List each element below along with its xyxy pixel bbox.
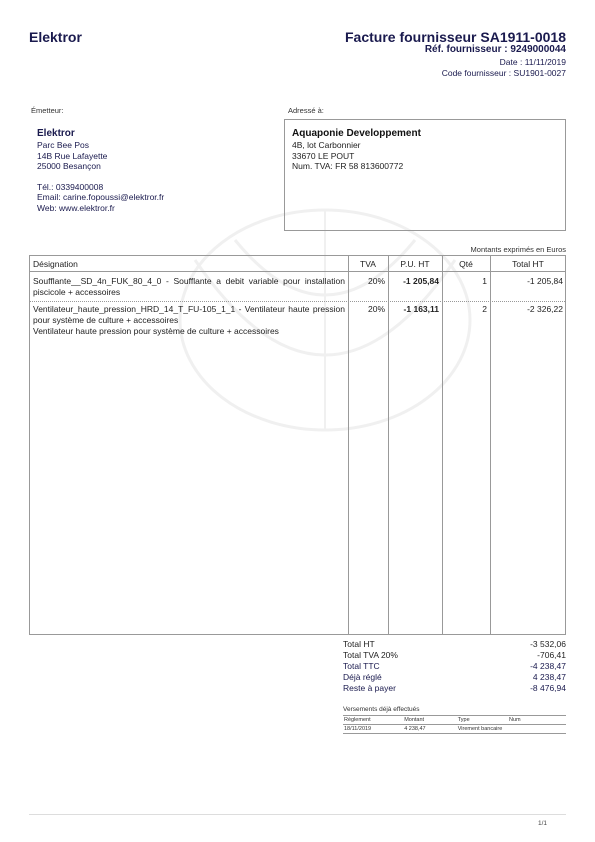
- supplier-ref: Réf. fournisseur : 9249000044: [425, 44, 566, 55]
- total-label: Total TVA 20%: [343, 650, 398, 661]
- sender-address-line: Parc Bee Pos: [37, 140, 273, 151]
- line-designation-text: Ventilateur_haute_pression_HRD_14_T_FU-1…: [33, 304, 345, 326]
- page-number: 1/1: [538, 820, 547, 827]
- total-tva-row: Total TVA 20%-706,41: [343, 650, 566, 661]
- line-tva: 20%: [348, 276, 385, 287]
- sender-web: Web: www.elektror.fr: [37, 203, 273, 214]
- sender-email: Email: carine.fopoussi@elektror.fr: [37, 192, 273, 203]
- payment-type: Virement bancaire: [457, 725, 508, 734]
- total-label: Total TTC: [343, 661, 380, 672]
- table-header: Désignation TVA P.U. HT Qté Total HT: [30, 256, 565, 272]
- recipient-name: Aquaponie Developpement: [292, 128, 558, 140]
- header-tva: TVA: [348, 259, 388, 269]
- remaining-row: Reste à payer-8 476,94: [343, 683, 566, 694]
- recipient-vat: Num. TVA: FR 58 813600772: [292, 161, 558, 172]
- invoice-date: Date : 11/11/2019: [500, 57, 566, 67]
- header-pu-ht: P.U. HT: [388, 259, 442, 269]
- total-label: Total HT: [343, 639, 375, 650]
- total-label: Reste à payer: [343, 683, 396, 694]
- line-pu-ht: -1 163,11: [388, 304, 439, 315]
- payments-header: Montant: [403, 716, 457, 725]
- sender-name: Elektror: [37, 128, 273, 140]
- total-value: -4 238,47: [530, 661, 566, 672]
- payment-num: [508, 725, 566, 734]
- line-designation: Ventilateur_haute_pression_HRD_14_T_FU-1…: [33, 304, 345, 337]
- line-qty: 1: [442, 276, 487, 287]
- total-value: -8 476,94: [530, 683, 566, 694]
- recipient-address-line: 4B, lot Carbonnier: [292, 140, 558, 151]
- total-ht-row: Total HT-3 532,06: [343, 639, 566, 650]
- total-value: 4 238,47: [533, 672, 566, 683]
- sender-address-line: 25000 Besançon: [37, 161, 273, 172]
- line-designation: Soufflante__SD_4n_FUK_80_4_0 - Soufflant…: [33, 276, 345, 298]
- footer-divider: [29, 814, 566, 815]
- invoice-title: Facture fournisseur SA1911-0018: [345, 29, 566, 45]
- line-total-ht: -1 205,84: [490, 276, 563, 287]
- payments-header: Num: [508, 716, 566, 725]
- total-label: Déjà réglé: [343, 672, 382, 683]
- currency-note: Montants exprimés en Euros: [471, 245, 566, 254]
- payments-header-row: Règlement Montant Type Num: [343, 716, 566, 725]
- total-value: -706,41: [537, 650, 566, 661]
- payments-header: Type: [457, 716, 508, 725]
- recipient-address-line: 33670 LE POUT: [292, 151, 558, 162]
- payments-header: Règlement: [343, 716, 403, 725]
- line-total-ht: -2 326,22: [490, 304, 563, 315]
- header-total-ht: Total HT: [490, 259, 566, 269]
- sender-label: Émetteur:: [31, 106, 64, 115]
- payment-date: 18/11/2019: [343, 725, 403, 734]
- sender-phone: Tél.: 0339400008: [37, 182, 273, 193]
- line-qty: 2: [442, 304, 487, 315]
- invoice-lines-table: Désignation TVA P.U. HT Qté Total HT Sou…: [29, 255, 566, 635]
- company-brand: Elektror: [29, 29, 82, 45]
- totals-block: Total HT-3 532,06 Total TVA 20%-706,41 T…: [343, 639, 566, 694]
- total-value: -3 532,06: [530, 639, 566, 650]
- recipient-label: Adressé à:: [288, 106, 324, 115]
- payments-block: Versements déjà effectués Règlement Mont…: [343, 706, 566, 734]
- recipient-block: Aquaponie Developpement 4B, lot Carbonni…: [284, 119, 566, 231]
- already-paid-row: Déjà réglé4 238,47: [343, 672, 566, 683]
- payments-table: Règlement Montant Type Num 18/11/2019 4 …: [343, 715, 566, 734]
- sender-address-line: 14B Rue Lafayette: [37, 151, 273, 162]
- line-tva: 20%: [348, 304, 385, 315]
- line-designation-extra: Ventilateur haute pression pour système …: [33, 326, 345, 337]
- header-designation: Désignation: [33, 259, 78, 269]
- row-divider: [30, 301, 565, 302]
- line-pu-ht: -1 205,84: [388, 276, 439, 287]
- payments-title: Versements déjà effectués: [343, 706, 566, 713]
- total-ttc-row: Total TTC-4 238,47: [343, 661, 566, 672]
- payment-row: 18/11/2019 4 238,47 Virement bancaire: [343, 725, 566, 734]
- supplier-code: Code fournisseur : SU1901-0027: [442, 68, 566, 78]
- sender-block: Elektror Parc Bee Pos 14B Rue Lafayette …: [29, 118, 281, 230]
- payment-amount: 4 238,47: [403, 725, 457, 734]
- header-qty: Qté: [442, 259, 490, 269]
